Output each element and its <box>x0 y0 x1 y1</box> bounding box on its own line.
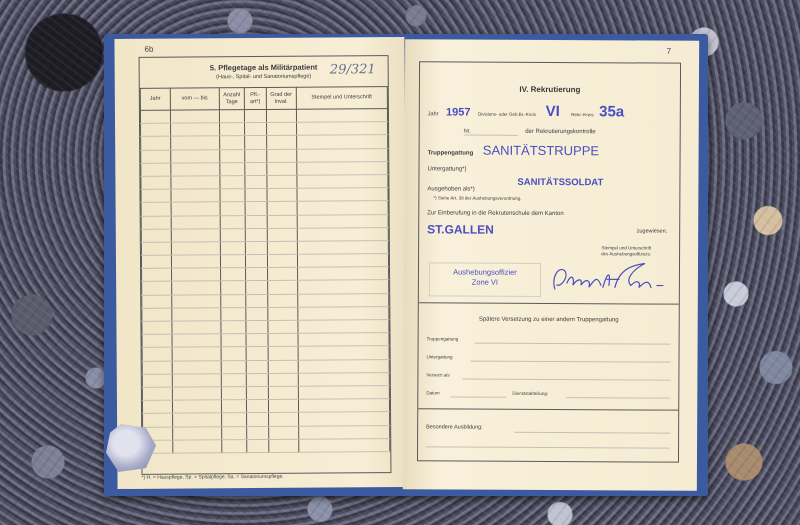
transfer-troop-label: Truppengattung <box>427 336 459 341</box>
table-cell <box>143 413 173 426</box>
table-cell <box>221 400 246 413</box>
transfer-date-label: Datum <box>426 390 439 395</box>
canton-row: ST.GALLEN zugewiesen. <box>427 222 671 237</box>
column-header: Grad der Inval. <box>266 87 296 109</box>
table-cell <box>244 109 266 122</box>
table-cell <box>171 242 220 256</box>
table-cell <box>220 255 245 268</box>
table-cell <box>142 308 172 321</box>
table-cell <box>298 438 390 452</box>
table-cell <box>297 306 389 320</box>
control-number-row: Nr. der Rekrutierungskontrolle <box>428 128 672 136</box>
table-cell <box>268 294 298 307</box>
table-cell <box>268 413 298 426</box>
table-cell <box>171 202 220 216</box>
table-cell <box>142 282 172 295</box>
table-cell <box>267 241 297 254</box>
table-cell <box>298 359 390 373</box>
table-cell <box>268 373 298 386</box>
table-cell <box>297 201 389 215</box>
table-cell <box>244 136 266 149</box>
table-cell <box>244 123 266 136</box>
year-division-row: Jahr 1957 Divisions- oder Geb.Br.-Kreis … <box>428 102 672 120</box>
signature-caption-line-2: des Aushebungsoffiziers: <box>427 250 651 257</box>
table-cell <box>172 360 221 374</box>
column-header: Pfl.-art*) <box>244 87 266 109</box>
table-cell <box>172 413 221 427</box>
table-cell <box>221 281 246 294</box>
table-cell <box>222 439 247 452</box>
table-cell <box>171 228 220 242</box>
table-cell <box>141 163 171 176</box>
table-cell <box>246 334 268 347</box>
table-cell <box>220 215 245 228</box>
table-cell <box>220 123 245 136</box>
table-cell <box>298 386 390 400</box>
table-cell <box>221 334 246 347</box>
table-cell <box>142 295 172 308</box>
table-cell <box>246 400 268 413</box>
table-cell <box>268 281 298 294</box>
table-cell <box>141 255 171 268</box>
assigned-suffix: zugewiesen. <box>637 228 668 234</box>
regulation-footnote: *) Siehe Art. 39 der Aushebungsverordnun… <box>433 195 521 200</box>
table-cell <box>269 426 299 439</box>
table-cell <box>268 399 298 412</box>
table-cell <box>221 307 246 320</box>
transfer-as-row: Versetzt als <box>426 372 670 378</box>
table-cell <box>140 110 170 123</box>
transfer-dept-field <box>566 397 670 399</box>
table-cell <box>268 386 298 399</box>
table-cell <box>221 321 246 334</box>
table-cell <box>171 255 220 269</box>
table-cell <box>267 228 297 241</box>
table-cell <box>141 202 171 215</box>
section-divider <box>418 408 678 410</box>
table-cell <box>245 294 267 307</box>
assigned-as-label: Ausgehoben als*) <box>427 186 474 192</box>
table-cell <box>171 215 220 229</box>
table-cell <box>267 267 297 280</box>
table-cell <box>298 346 390 360</box>
recruitment-form: IV. Rekrutierung Jahr 1957 Divisions- od… <box>417 61 681 462</box>
table-cell <box>170 123 219 137</box>
table-cell <box>172 321 221 335</box>
table-cell <box>267 136 297 149</box>
table-cell <box>141 229 171 242</box>
troop-type-row: Truppengattung SANITÄTSTRUPPE <box>428 142 672 158</box>
table-cell <box>171 189 220 203</box>
troop-type-value: SANITÄTSTRUPPE <box>483 143 599 159</box>
table-cell <box>246 373 268 386</box>
transfer-troop-field <box>475 343 671 345</box>
table-cell <box>268 320 298 333</box>
table-cell <box>221 373 246 386</box>
table-cell <box>267 215 297 228</box>
table-cell <box>220 202 245 215</box>
transfer-as-field <box>462 379 670 381</box>
table-cell <box>142 268 172 281</box>
division-label: Divisions- oder Geb.Br.-Kreis <box>478 112 536 117</box>
table-cell <box>141 150 171 163</box>
table-cell <box>296 122 388 136</box>
table-cell <box>267 175 297 188</box>
table-cell <box>142 387 172 400</box>
right-page: 7 IV. Rekrutierung Jahr 1957 Divisions- … <box>403 39 699 491</box>
transfer-subtype-row: Untergattung <box>427 354 671 360</box>
table-cell <box>245 202 267 215</box>
school-label: Zur Einberufung in die Rekrutenschule de… <box>427 210 671 217</box>
table-cell <box>172 374 221 388</box>
signature-caption: Stempel und Unterschrift des Aushebungso… <box>427 244 671 257</box>
district-value: 35a <box>599 103 624 120</box>
table-cell <box>245 241 267 254</box>
special-training-label: Besondere Ausbildung: <box>426 424 483 430</box>
table-cell <box>267 149 297 162</box>
table-cell <box>296 109 388 123</box>
table-cell <box>267 188 297 201</box>
column-header: vom — bis <box>170 88 220 110</box>
table-cell <box>172 387 221 401</box>
table-cell <box>297 320 389 334</box>
table-cell <box>142 374 172 387</box>
table-cell <box>267 254 297 267</box>
table-cell <box>269 439 299 452</box>
table-cell <box>142 334 172 347</box>
table-cell <box>297 214 389 228</box>
table-cell <box>220 241 245 254</box>
table-cell <box>141 189 171 202</box>
nr-field: Nr. <box>464 129 518 136</box>
troop-type-label: Truppengattung <box>428 150 474 156</box>
transfer-dept-label: Dienststabteilung: <box>512 391 548 396</box>
table-cell <box>141 176 171 189</box>
table-cell <box>171 268 220 282</box>
table-cell <box>171 281 220 295</box>
transfer-date-field <box>450 396 506 397</box>
transfer-subtype-label: Untergattung <box>427 354 453 359</box>
table-cell <box>245 189 267 202</box>
table-cell <box>245 255 267 268</box>
special-training-field-2 <box>426 446 670 448</box>
subtype-label: Untergattung*) <box>427 166 466 172</box>
handwritten-note: 29/321 <box>330 62 376 77</box>
transfer-date-row: Datum Dienststabteilung: <box>426 390 670 396</box>
transfer-title: Spätere Versetzung zu einer andern Trupp… <box>427 316 671 323</box>
nr-suffix: der Rekrutierungskontrolle <box>525 129 595 135</box>
table-cell <box>221 347 246 360</box>
page-number: 6b <box>144 45 153 54</box>
transfer-subtype-field <box>470 361 670 363</box>
table-cell <box>297 188 389 202</box>
table-cell <box>297 240 389 254</box>
table-cell <box>298 399 390 413</box>
table-cell <box>298 372 390 386</box>
table-cell <box>220 176 245 189</box>
table-cell <box>220 189 245 202</box>
section-divider <box>419 302 679 304</box>
table-cell <box>268 307 298 320</box>
table-cell <box>141 216 171 229</box>
table-cell <box>172 400 221 414</box>
table-cell <box>245 281 267 294</box>
table-cell <box>298 333 390 347</box>
table-cell <box>222 426 247 439</box>
table-row <box>143 438 390 453</box>
year-value: 1957 <box>446 106 471 118</box>
table-cell <box>142 348 172 361</box>
table-cell <box>172 334 221 348</box>
table-cell <box>297 227 389 241</box>
left-page: 6b 5. Pflegetage als Militärpatient (Hau… <box>114 37 407 489</box>
table-cell <box>267 202 297 215</box>
table-cell <box>170 110 219 124</box>
table-cell <box>220 136 245 149</box>
table-cell <box>141 123 171 136</box>
officer-signature <box>549 259 667 296</box>
table-cell <box>172 347 221 361</box>
table-cell <box>296 161 388 175</box>
table-cell <box>296 175 388 189</box>
table-cell <box>297 267 389 281</box>
table-cell <box>245 228 267 241</box>
table-cell <box>221 268 246 281</box>
table-cell <box>246 320 268 333</box>
table-cell <box>296 135 388 149</box>
table-cell <box>142 400 172 413</box>
table-cell <box>246 347 268 360</box>
table-cell <box>221 294 246 307</box>
officer-stamp: Aushebungsoffizier Zone VI <box>429 262 541 297</box>
table-cell <box>222 413 247 426</box>
table-cell <box>245 268 267 281</box>
table-cell <box>246 307 268 320</box>
assigned-as-row: SANITÄTSSOLDAT Ausgehoben als*) *) Siehe… <box>427 176 671 177</box>
table-cell <box>246 413 268 426</box>
table-cell <box>219 110 244 123</box>
table-cell <box>297 280 389 294</box>
special-training-row-2 <box>426 446 670 447</box>
table-cell <box>220 228 245 241</box>
table-cell <box>171 308 220 322</box>
table-cell <box>268 360 298 373</box>
table-cell <box>221 360 246 373</box>
table-cell <box>170 163 219 177</box>
special-training-field <box>514 432 670 434</box>
table-cell <box>170 149 219 163</box>
officer-stamp-line-1: Aushebungsoffizier <box>430 267 540 278</box>
table-cell <box>246 439 268 452</box>
assigned-as-value: SANITÄTSSOLDAT <box>517 177 603 188</box>
care-days-table: Jahr vom — bis Anzahl Tage Pfl.-art*) Gr… <box>140 86 391 454</box>
table-cell <box>268 333 298 346</box>
table-cell <box>141 137 171 150</box>
table-cell <box>245 175 267 188</box>
table-cell <box>244 149 266 162</box>
table-cell <box>221 387 246 400</box>
column-header: Anzahl Tage <box>219 88 244 110</box>
table-cell <box>246 426 268 439</box>
table-cell <box>266 109 296 122</box>
table-cell <box>170 136 219 150</box>
special-training-row: Besondere Ausbildung: <box>426 424 670 431</box>
table-cell <box>266 122 296 135</box>
care-days-table-box: 5. Pflegetage als Militärpatient (Haus-,… <box>139 55 392 475</box>
column-header: Jahr <box>140 88 170 110</box>
table-cell <box>142 361 172 374</box>
table-cell <box>220 162 245 175</box>
table-cell <box>246 386 268 399</box>
year-label: Jahr <box>428 111 439 117</box>
table-cell <box>245 215 267 228</box>
subtype-row: Untergattung*) <box>427 166 671 173</box>
transfer-as-label: Versetzt als <box>426 372 449 377</box>
table-cell <box>172 439 221 453</box>
canton-value: ST.GALLEN <box>427 222 494 236</box>
table-cell <box>298 412 390 426</box>
table-cell <box>267 162 297 175</box>
table-cell <box>296 148 388 162</box>
transfer-troop-row: Truppengattung <box>427 336 671 342</box>
table-cell <box>245 162 267 175</box>
table-cell <box>298 425 390 439</box>
table-cell <box>297 293 389 307</box>
table-cell <box>268 347 298 360</box>
division-value: VI <box>546 103 560 120</box>
section-title: IV. Rekrutierung <box>420 84 680 94</box>
table-cell <box>142 321 172 334</box>
table-cell <box>220 149 245 162</box>
table-cell <box>171 176 220 190</box>
table-footnote: *) H. = Hauspflege, Sp. = Spitalpflege, … <box>141 474 283 481</box>
column-header: Stempel und Unterschrift <box>296 87 388 110</box>
nr-label: Nr. <box>464 129 471 135</box>
page-number: 7 <box>667 47 672 56</box>
table-cell <box>171 294 220 308</box>
officer-stamp-line-2: Zone VI <box>430 277 540 288</box>
table-cell <box>172 426 221 440</box>
table-cell <box>246 360 268 373</box>
table-body <box>140 109 389 454</box>
district-label: Rekr.-Kreis <box>571 112 593 117</box>
table-cell <box>297 254 389 268</box>
table-cell <box>141 242 171 255</box>
